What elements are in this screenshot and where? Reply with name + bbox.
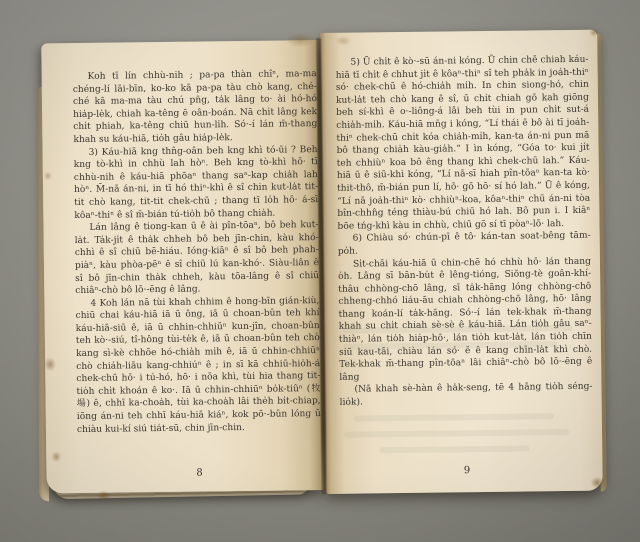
left-page-text: Koh tī lín chhù-nih ; pa-pa thàn chîⁿ, m… [73,68,321,436]
paragraph: Si̍t-chāi káu-hiā ū chin-chē hó chhù hō·… [338,255,593,384]
paragraph: 5) Ū chi̍t ê kò·-sū án-ni kóng. Ū chin c… [335,54,590,233]
right-page-text: 5) Ū chi̍t ê kò·-sū án-ni kóng. Ū chin c… [335,54,592,410]
book-scan-photo: Koh tī lín chhù-nih ; pa-pa thàn chîⁿ, m… [0,0,640,542]
paragraph: (Nā khah sè-hàn ê ha̍k-seng, tē 4 hāng t… [339,381,592,409]
paragraph: 4 Koh lán nā tùi khah chhim ê hong-bīn g… [75,295,321,437]
paragraph: Lán lâng ê tiong-kan ū ê ài pîn-tōaⁿ, bô… [74,219,319,298]
right-page-number: 9 [340,464,593,478]
open-book: Koh tī lín chhù-nih ; pa-pa thàn chîⁿ, m… [39,25,607,510]
left-page-number: 8 [77,466,321,480]
paragraph: Koh tī lín chhù-nih ; pa-pa thàn chîⁿ, m… [73,68,318,147]
right-page: 5) Ū chi̍t ê kò·-sū án-ni kóng. Ū chin c… [320,30,603,494]
left-page: Koh tī lín chhù-nih ; pa-pa thàn chîⁿ, m… [41,40,323,493]
paragraph: 6) Chiàu só· chún-pī ê tô· kán-tan soat-… [338,230,591,258]
paragraph: 3) Káu-hiā kng thn̂g-oân beh kng khì tó-… [74,144,319,223]
